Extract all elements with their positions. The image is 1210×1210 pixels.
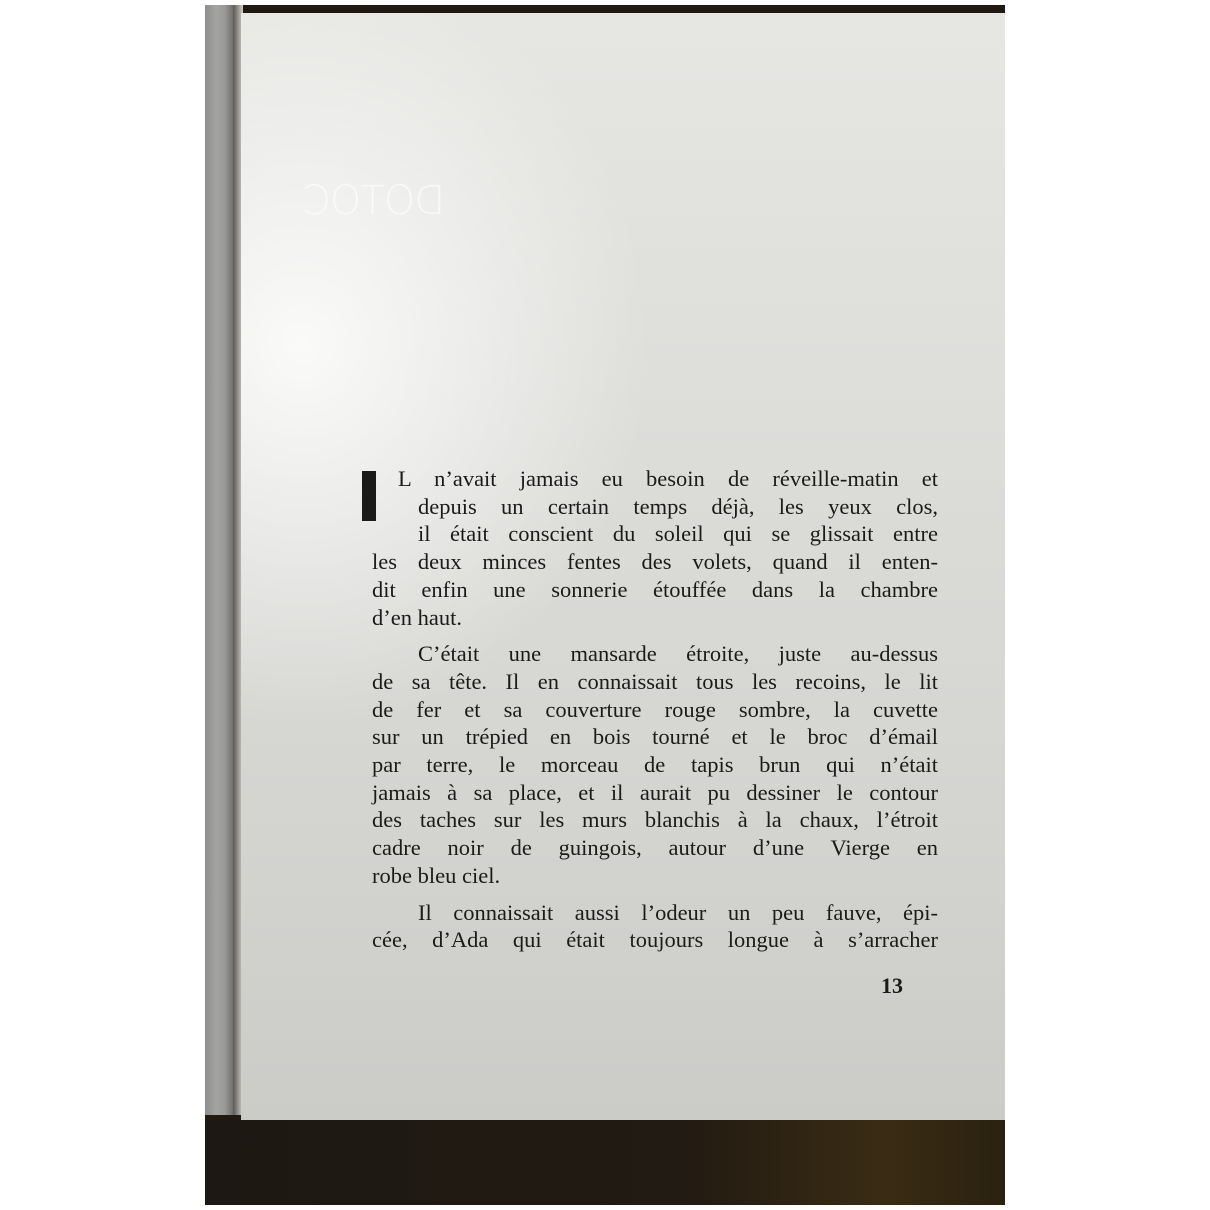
text-line: d’en haut.: [372, 604, 938, 632]
body-text: L n’avait jamais eu besoin de réveille-m…: [372, 465, 938, 963]
paragraph-1: L n’avait jamais eu besoin de réveille-m…: [372, 465, 938, 631]
text-line: il était conscient du soleil qui se glis…: [372, 520, 938, 548]
paragraph-2: C’était une mansarde étroite, juste au-d…: [372, 640, 938, 889]
text-line: des taches sur les murs blanchis à la ch…: [372, 806, 938, 834]
text-line: depuis un certain temps déjà, les yeux c…: [372, 493, 938, 521]
text-line: de fer et sa couverture rouge sombre, la…: [372, 696, 938, 724]
text-line: robe bleu ciel.: [372, 862, 938, 890]
text-line: L n’avait jamais eu besoin de réveille-m…: [372, 465, 938, 493]
book-photo: DOTOC L n’avait jamais eu besoin de réve…: [205, 5, 1005, 1205]
text-line: les deux minces fentes des volets, quand…: [372, 548, 938, 576]
paragraph-3: Il connaissait aussi l’odeur un peu fauv…: [372, 899, 938, 954]
text-line: C’était une mansarde étroite, juste au-d…: [372, 640, 938, 668]
table-surface: [205, 1120, 1005, 1205]
text-line: de sa tête. Il en connaissait tous les r…: [372, 668, 938, 696]
text-line: sur un trépied en bois tourné et le broc…: [372, 723, 938, 751]
text-line: jamais à sa place, et il aurait pu dessi…: [372, 779, 938, 807]
book-page: DOTOC L n’avait jamais eu besoin de réve…: [241, 13, 1005, 1123]
showthrough-text: DOTOC: [304, 178, 445, 224]
text-line: cée, d’Ada qui était toujours longue à s…: [372, 926, 938, 954]
book-cover-edge: [205, 5, 233, 1115]
page-number: 13: [881, 973, 903, 999]
text-line: dit enfin une sonnerie étouffée dans la …: [372, 576, 938, 604]
text-line: par terre, le morceau de tapis brun qui …: [372, 751, 938, 779]
text-line: cadre noir de guingois, autour d’une Vie…: [372, 834, 938, 862]
drop-cap: [362, 471, 376, 521]
text-line: Il connaissait aussi l’odeur un peu fauv…: [372, 899, 938, 927]
